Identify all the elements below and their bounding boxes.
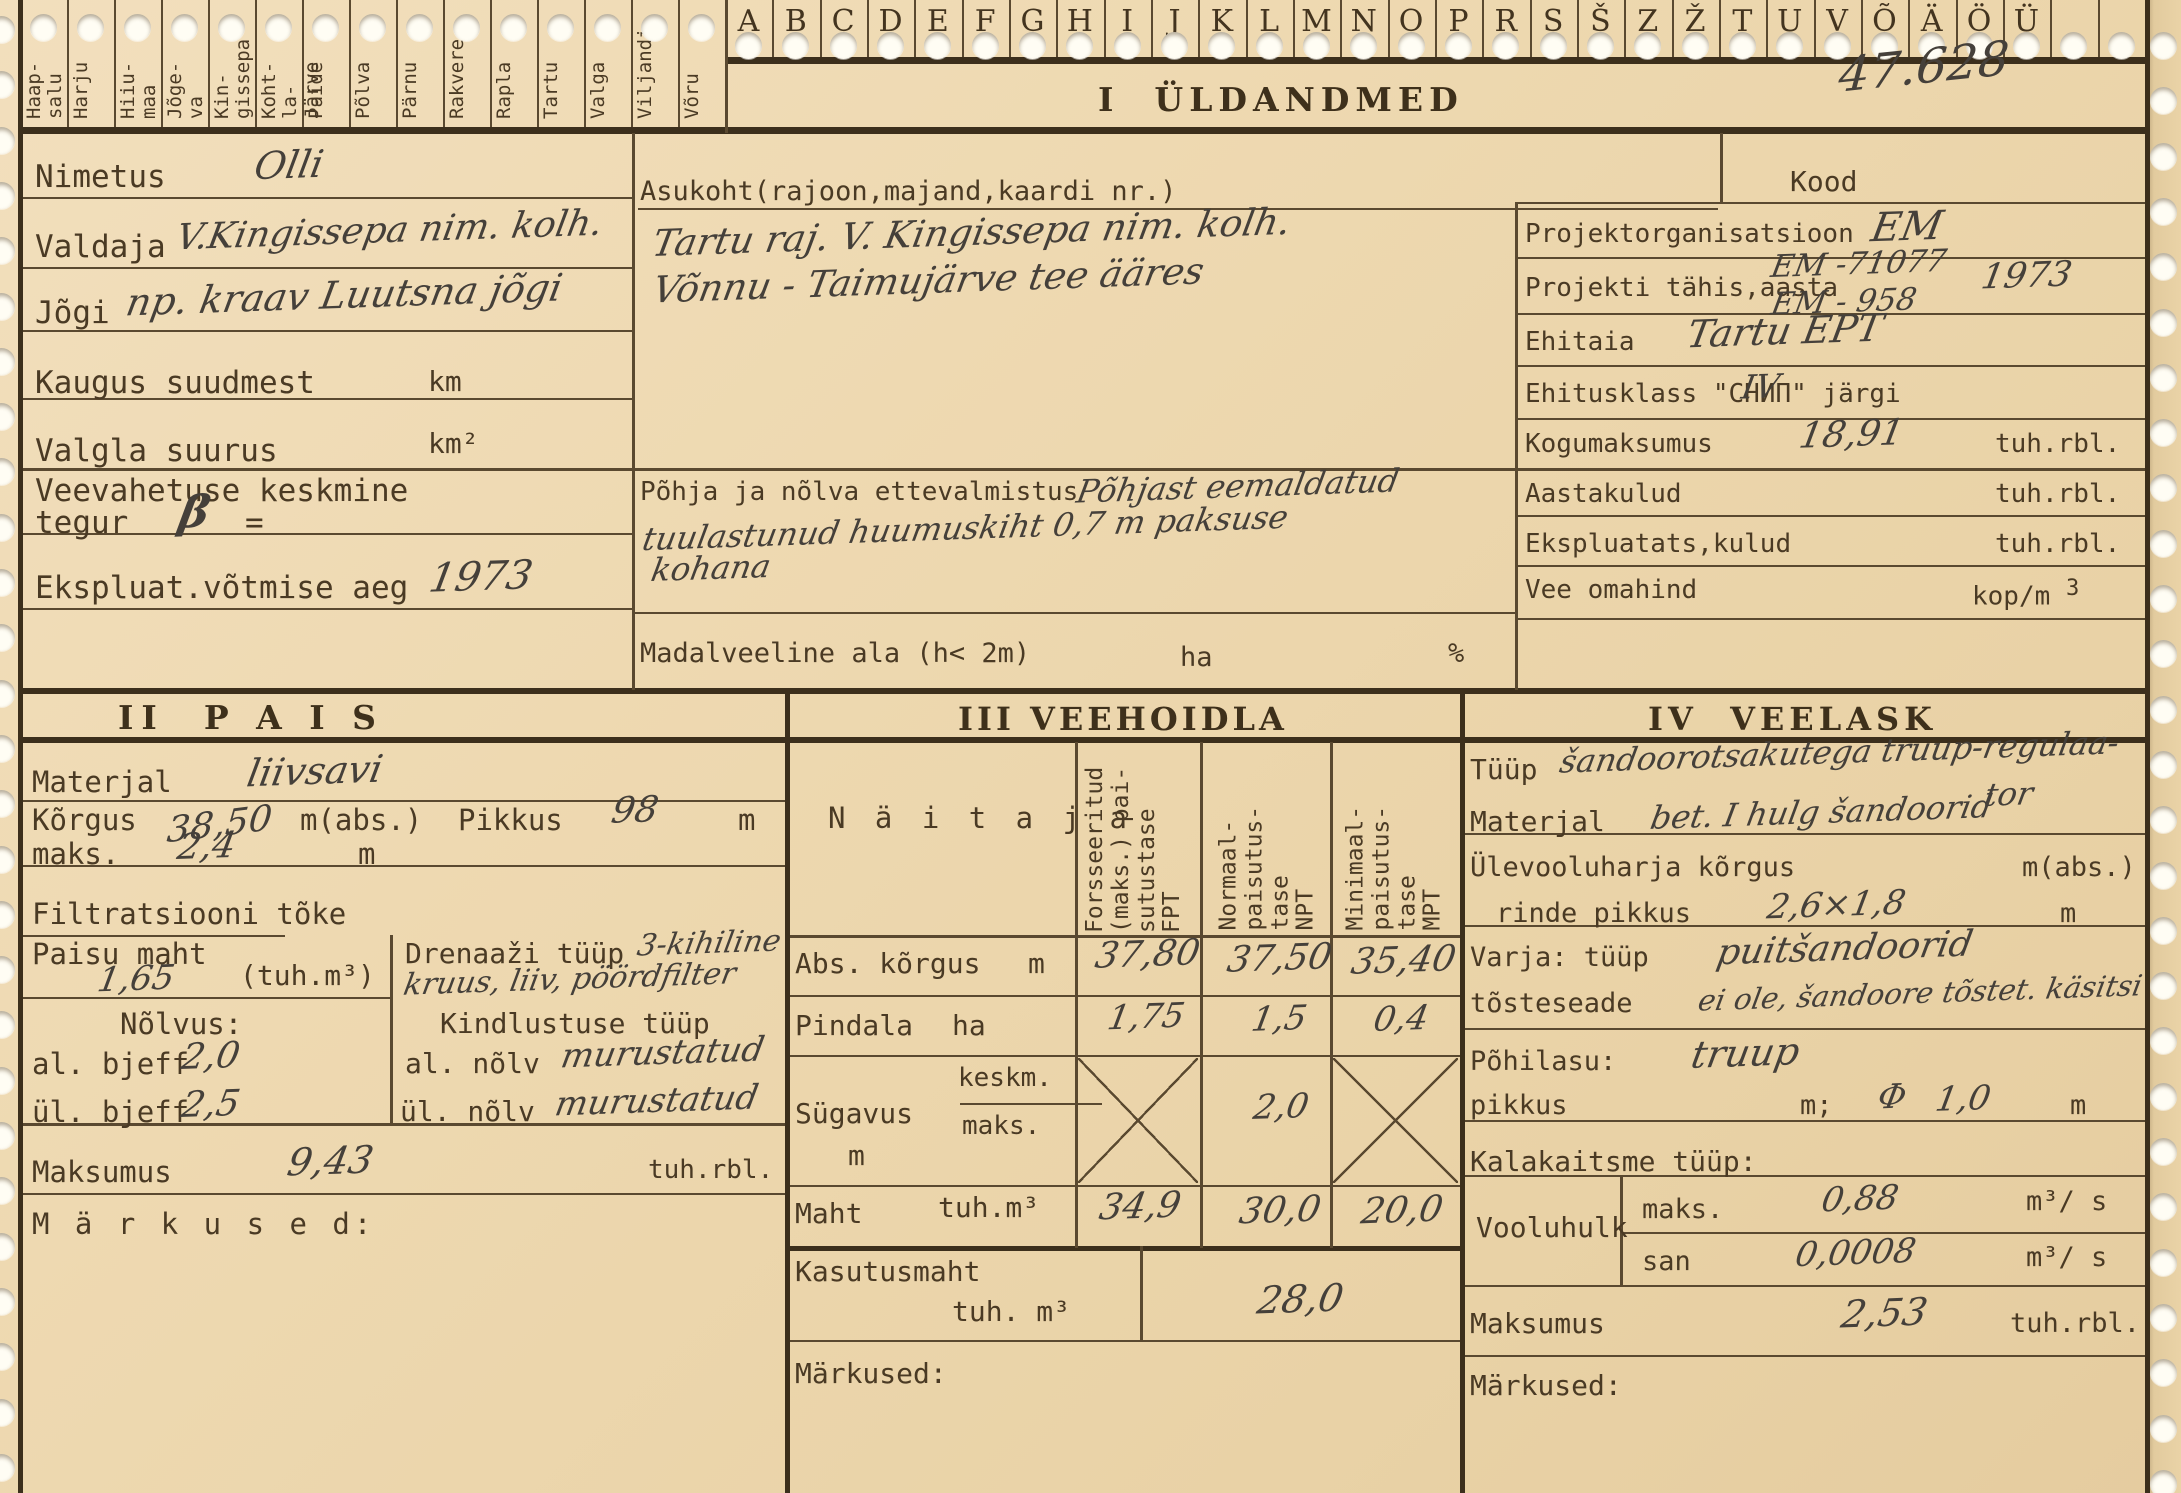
nimetus-label: Nimetus [35,160,166,196]
punch-hole [0,735,15,762]
sec3-markused-label: Märkused: [795,1358,947,1390]
punch-hole [0,348,15,375]
punch-hole [2150,1359,2177,1386]
abs-fpt-value: 37,80 [1092,934,1202,975]
kasutusmaht-unit: tuh. m³ [952,1296,1070,1328]
ylevool-unit: m(abs.) [2022,852,2136,883]
punch-hole [124,14,151,41]
punch-hole [1492,32,1519,59]
paisumaht-unit: (tuh.m³) [240,960,375,992]
paisumaht-value: 1,65 [95,961,178,999]
county-column-2: Harju [71,35,115,119]
punch-hole [2150,751,2177,778]
sec2-maksumus-value: 9,43 [284,1141,376,1184]
al-nolv-value: murustatud [558,1033,767,1076]
ehitaja-value: Tartu EPT [1684,309,1886,356]
kogumaksumus-value: 18,91 [1796,414,1906,455]
registry-card-sheet: Haap- saluHarjuHiiu- maaJõge- vaKin- gis… [0,0,2181,1493]
county-column-5: Kin- gissepa [212,35,256,119]
korgus-label: Kõrgus [32,804,137,837]
ehitaja-label: Ehitaia [1525,328,1635,358]
sec4-pikkus-unit2: m [2070,1090,2086,1121]
tosteseade-label: tõsteseade [1470,988,1633,1019]
vooluhulk-label: Vooluhulk [1476,1212,1628,1244]
punch-hole [2150,309,2177,336]
asukoht-label: Asukoht(rajoon,majand,kaardi nr.) [640,176,1176,207]
kaugus-label: Kaugus suudmest [35,366,315,402]
ekspluat-label: Ekspluat.võtmise aeg [35,571,408,607]
punch-hole [406,14,433,41]
punch-hole [0,1343,15,1370]
punch-hole [0,458,15,485]
punch-hole [0,846,15,873]
column-header-npt: Normaal- paisutus- tase NPT [1217,746,1325,931]
punch-hole [1445,32,1472,59]
punch-hole [0,1067,15,1094]
pohilasu-value: truup [1688,1032,1803,1076]
punch-hole [877,32,904,59]
county-column-1: Haap- salu [24,35,68,119]
punch-hole [0,569,15,596]
punch-hole [500,14,527,41]
county-column-10: Rakvere [447,35,491,119]
punch-hole [0,1011,15,1038]
punch-hole [2150,364,2177,391]
punch-hole [2150,198,2177,225]
kalakaitse-label: Kalakaitsme tüüp: [1470,1146,1757,1178]
sugavus-npt-value: 2,0 [1251,1089,1312,1127]
projekti-year: 1973 [1978,256,2074,296]
sec4-materjal-label: Materjal [1470,806,1605,838]
vooluhulk-san-value: 0,0008 [1792,1234,1918,1274]
county-column-13: Valga [588,35,632,119]
punch-hole [1398,32,1425,59]
punch-hole [2150,806,2177,833]
rinde-unit: m [2060,898,2076,929]
punch-hole [2150,862,2177,889]
crossed-cell-mpt [1333,1058,1458,1183]
punch-hole [0,1454,15,1481]
county-column-6: Koht- la-Järve [259,35,303,119]
punch-hole [1587,32,1614,59]
kasutusmaht-label: Kasutusmaht [795,1256,980,1288]
ylevool-label: Ülevooluharja kõrgus [1470,852,1795,883]
jogi-label: Jõgi [35,296,110,332]
ul-bjeff-value: 2,5 [178,1085,242,1125]
maks-unit: m [358,838,375,871]
tosteseade-value: ei ole, šandoore tõstet. käsitsi [1696,970,2145,1016]
abs-korgus-unit: m [1028,948,1045,980]
punch-hole [735,32,762,59]
punch-hole [265,14,292,41]
punch-hole [0,624,15,651]
county-column-9: Pärnu [400,35,444,119]
punch-hole [1776,32,1803,59]
punch-hole [0,403,15,430]
punch-hole [0,790,15,817]
maht-mpt-value: 20,0 [1358,1191,1445,1232]
punch-hole [0,514,15,541]
materjal-value: liivsavi [244,750,386,795]
punch-hole [2108,32,2135,59]
kogumaksumus-unit: tuh.rbl. [1995,430,2120,460]
punch-hole [453,14,480,41]
kaugus-unit: km [428,366,462,398]
sec2-maksumus-unit: tuh.rbl. [648,1156,773,1186]
pikkus-unit: m [738,804,755,837]
county-column-14: Viljandi [635,35,679,119]
ehitusklass-value: IV [1739,369,1782,405]
punch-hole [1256,32,1283,59]
punch-hole [2150,696,2177,723]
sec4-markused-label: Märkused: [1470,1370,1622,1402]
punch-hole [1350,32,1377,59]
sugavus-maks-label: maks. [962,1112,1040,1142]
punch-hole [1540,32,1567,59]
valdaja-label: Valdaja [35,230,166,266]
phi-symbol: Φ [1875,1080,1909,1117]
vooluhulk-maks-unit: m³/ s [2026,1186,2107,1217]
pohja-label: Põhja ja nõlva ettevalmistus [640,478,1078,508]
al-bjeff-value: 2,0 [178,1037,242,1077]
sec4-maksumus-value: 2,53 [1838,1293,1930,1336]
ul-nolv-label: ül. nõlv [400,1096,535,1128]
pikkus-label: Pikkus [458,804,563,837]
abs-korgus-label: Abs. kõrgus [795,948,980,980]
sugavus-unit: m [848,1140,865,1172]
county-column-15: Võru [682,35,726,119]
sec2-maksumus-label: Maksumus [32,1156,172,1189]
punch-hole [782,32,809,59]
punch-hole [218,14,245,41]
punch-hole [0,182,15,209]
aastakulud-unit: tuh.rbl. [1995,480,2120,510]
madalveeline-label: Madalveeline ala (h< 2m) [640,638,1030,669]
al-nolv-label: al. nõlv [405,1048,540,1080]
punch-hole [0,293,15,320]
vooluhulk-san-label: san [1642,1246,1691,1277]
punch-hole [312,14,339,41]
punch-hole [2150,585,2177,612]
beta-equals: = [245,506,264,542]
sec4-maksumus-label: Maksumus [1470,1308,1605,1340]
pindala-unit: ha [952,1010,986,1042]
column-header-mpt: Minimaal- paisutus- tase MPT [1344,746,1452,931]
punch-hole [0,680,15,707]
jogi-value: np. kraav Luutsna jõgi [123,268,565,323]
maks-value: 2,4 [174,827,238,867]
punch-hole [2150,143,2177,170]
kasutusmaht-value: 28,0 [1254,1279,1346,1322]
projektorg-label: Projektorganisatsioon [1525,220,1854,250]
punch-hole [1019,32,1046,59]
punch-hole [1161,32,1188,59]
veevahetuse-label-2: tegur [35,506,128,542]
punch-hole [0,237,15,264]
punch-hole [972,32,999,59]
punch-hole [2150,972,2177,999]
maks-label: maks. [32,838,119,871]
county-column-7: Paide [306,35,350,119]
aastakulud-label: Aastakulud [1525,480,1682,510]
valdaja-value: V.Kingissepa nim. kolh. [173,205,605,258]
punch-hole [359,14,386,41]
punch-hole [2060,32,2087,59]
ul-nolv-value: murustatud [552,1081,761,1124]
ul-bjeff-label: ül. bjeff [32,1096,189,1129]
varja-value: puitšandoorid [1714,926,1976,973]
punch-hole [0,1122,15,1149]
pindala-npt-value: 1,5 [1249,1001,1310,1039]
veeomahind-label: Vee omahind [1525,576,1697,606]
punch-hole [2150,530,2177,557]
punch-hole [830,32,857,59]
punch-hole [1208,32,1235,59]
county-column-4: Jõge- va [165,35,209,119]
card-number: 47.628 [1837,33,2011,101]
rinde-label: rinde pikkus [1496,898,1691,929]
varja-label: Varja: tüüp [1470,942,1649,973]
punch-hole [594,14,621,41]
punch-hole [0,1399,15,1426]
ekspluat-value: 1973 [426,554,536,600]
punch-hole [688,14,715,41]
punch-hole [2150,253,2177,280]
sec2-markused-label: M ä r k u s e d: [32,1208,375,1241]
section2-title: II P A I S [118,698,384,737]
punch-hole [0,16,15,43]
rinde-value: 2,6×1,8 [1764,886,1908,926]
section3-title: III VEEHOIDLA [958,700,1288,738]
punch-hole [924,32,951,59]
vooluhulk-maks-label: maks. [1642,1194,1723,1225]
punch-hole [1114,32,1141,59]
materjal-label: Materjal [32,766,172,799]
maht-npt-value: 30,0 [1236,1191,1323,1232]
maht-fpt-value: 34,9 [1096,1187,1183,1228]
punch-hole [0,1288,15,1315]
korgus-unit: m(abs.) [300,804,422,837]
punch-hole [77,14,104,41]
punch-hole [0,71,15,98]
punch-hole [0,1233,15,1260]
sec4-pikkus-value: 1,0 [1933,1081,1994,1119]
column-header-fpt: Forsseeritud (maks.) pai- sutustase FPT [1083,743,1191,933]
valgla-unit: km² [428,428,479,460]
punch-hole [2150,1138,2177,1165]
punch-hole [2013,32,2040,59]
tuup-label: Tüüp [1470,754,1537,786]
pindala-mpt-value: 0,4 [1371,1001,1432,1039]
punch-hole [1682,32,1709,59]
vooluhulk-maks-value: 0,88 [1819,1181,1902,1219]
projekti-value-1: EM -71077 [1769,245,1949,284]
punch-hole [1066,32,1093,59]
punch-hole [2150,1083,2177,1110]
county-column-8: Põlva [353,35,397,119]
punch-hole [0,127,15,154]
punch-hole [1729,32,1756,59]
county-column-12: Tartu [541,35,585,119]
county-column-3: Hiiu- maa [118,35,162,119]
punch-hole [2150,1304,2177,1331]
pindala-label: Pindala [795,1010,913,1042]
punch-hole [30,14,57,41]
pohilasu-label: Põhilasu: [1470,1046,1616,1077]
sugavus-keskm-label: keskm. [958,1064,1052,1094]
crossed-cell-fpt [1078,1058,1198,1183]
sec4-materjal-value: bet. I hulg šandoorid [1648,790,1995,835]
abs-npt-value: 37,50 [1224,938,1334,979]
punch-hole [2150,32,2177,59]
abs-mpt-value: 35,40 [1348,940,1458,981]
sec4-maksumus-unit: tuh.rbl. [2010,1308,2140,1339]
punch-hole [2150,419,2177,446]
maht-unit: tuh.m³ [938,1192,1039,1224]
punch-hole [0,901,15,928]
punch-hole [2150,1470,2177,1493]
punch-hole [547,14,574,41]
kood-label: Kood [1790,166,1857,198]
punch-hole [0,956,15,983]
punch-hole [641,14,668,41]
punch-hole [1303,32,1330,59]
punch-hole [2150,1249,2177,1276]
kogumaksumus-label: Kogumaksumus [1525,430,1713,460]
tuup-handwriting-1: šandoorotsakutega truup-regulaa- [1557,726,2122,779]
sec4-pikkus-unit1: m; [1800,1090,1833,1121]
pikkus-value: 98 [608,791,661,830]
pohja-handwriting-3: kohana [649,550,774,588]
sugavus-label: Sügavus [795,1098,913,1130]
section1-title: I ÜLDANDMED [1098,80,1464,119]
county-column-11: Rapla [494,35,538,119]
ekspluatkulud-label: Ekspluatats,kulud [1525,530,1791,560]
pindala-fpt-value: 1,75 [1105,999,1188,1037]
vooluhulk-san-unit: m³/ s [2026,1242,2107,1273]
nimetus-value: Olli [251,145,326,187]
ehitusklass-label: Ehitusklass "СНИП" järgi [1525,380,1901,410]
madalveeline-ha-unit: ha [1180,642,1213,673]
ekspluatkulud-unit: tuh.rbl. [1995,530,2120,560]
punch-hole [0,1177,15,1204]
punch-hole [171,14,198,41]
punch-hole [2150,1415,2177,1442]
valgla-label: Valgla suurus [35,434,278,470]
veeomahind-unit: kop/m 3 [1972,576,2079,613]
filtratsioon-label: Filtratsiooni tõke [32,898,346,931]
punch-hole [2150,917,2177,944]
maht-label: Maht [795,1198,862,1230]
al-bjeff-label: al. bjeff [32,1048,189,1081]
punch-hole [1634,32,1661,59]
madalveeline-percent: % [1448,638,1464,669]
sec4-pikkus-label: pikkus [1470,1090,1568,1121]
